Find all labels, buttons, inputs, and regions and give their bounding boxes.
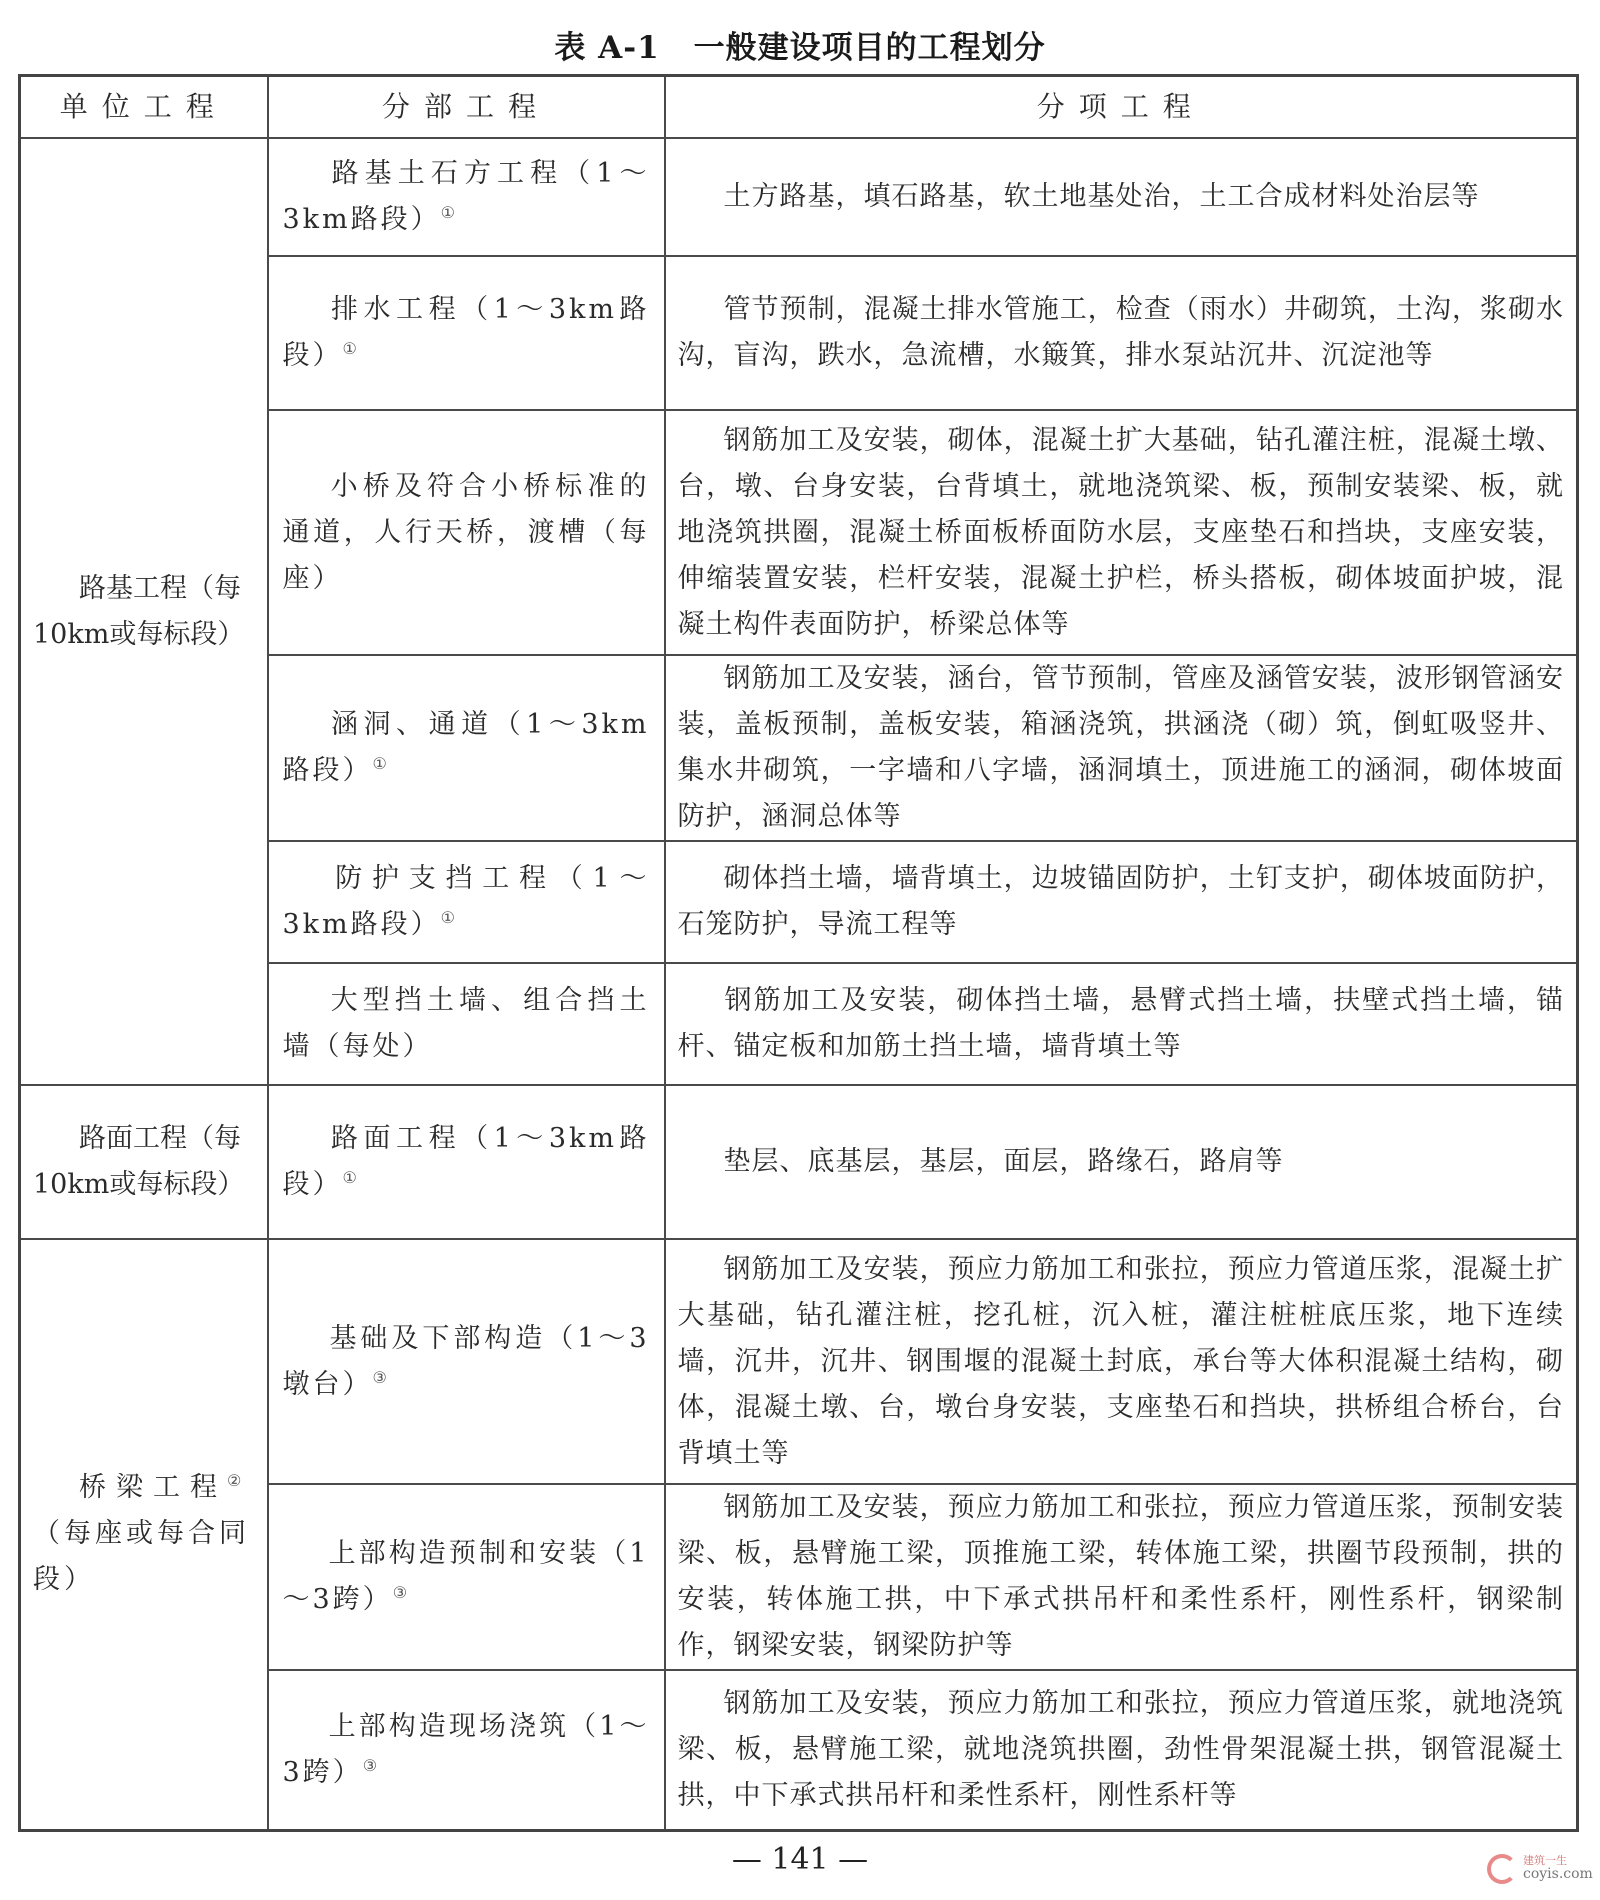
subitem-project-cell: 砌体挡土墙，墙背填土，边坡锚固防护，土钉支护，砌体坡面防护，石笼防护，导流工程等 [665,841,1578,963]
table-caption: 表 A-1一般建设项目的工程划分 [0,22,1600,67]
subitem-project-cell: 钢筋加工及安装，预应力筋加工和张拉，预应力管道压浆，预制安装梁、板，悬臂施工梁，… [665,1484,1578,1670]
subitem-project-cell: 垫层、底基层，基层，面层，路缘石，路肩等 [665,1085,1578,1239]
watermark: 建筑一生 coyis.com [1487,1852,1597,1892]
footnote-marker: ③ [363,1756,377,1775]
table-number: 表 A-1 [554,30,659,66]
subitem-project-cell: 钢筋加工及安装，预应力筋加工和张拉，预应力管道压浆，混凝土扩大基础，钻孔灌注桩，… [665,1239,1578,1484]
unit-project-cell: 桥梁工程②（每座或每合同段） [20,1239,268,1830]
table-row: 路基工程（每10km或每标段） 路基土石方工程（1～3km路段）① 土方路基，填… [20,138,1578,256]
division-project-cell: 上部构造现场浇筑（1～3跨）③ [268,1670,665,1830]
division-project-cell: 基础及下部构造（1～3墩台）③ [268,1239,665,1484]
division-project-cell: 防护支挡工程（1～3km路段）① [268,841,665,963]
subitem-project-cell: 钢筋加工及安装，涵台，管节预制，管座及涵管安装，波形钢管涵安装，盖板预制，盖板安… [665,655,1578,841]
header-unit-project: 单位工程 [20,76,268,139]
division-project-cell: 大型挡土墙、组合挡土墙（每处） [268,963,665,1085]
project-division-table: 单位工程 分部工程 分项工程 路基工程（每10km或每标段） 路基土石方工程（1… [18,74,1579,1832]
footnote-marker: ① [441,203,455,222]
table-title: 一般建设项目的工程划分 [694,30,1046,66]
footnote-marker: ① [441,908,455,927]
unit-project-cell: 路基工程（每10km或每标段） [20,138,268,1085]
division-project-cell: 路面工程（1～3km路段）① [268,1085,665,1239]
watermark-logo-icon [1487,1854,1517,1884]
unit-project-cell: 路面工程（每10km或每标段） [20,1085,268,1239]
footnote-marker: ① [373,754,387,773]
division-project-cell: 路基土石方工程（1～3km路段）① [268,138,665,256]
footnote-marker: ② [227,1471,241,1490]
footnote-marker: ③ [373,1368,387,1387]
subitem-project-cell: 钢筋加工及安装，砌体，混凝土扩大基础，钻孔灌注桩，混凝土墩、台，墩、台身安装，台… [665,410,1578,655]
subitem-project-cell: 土方路基，填石路基，软土地基处治，土工合成材料处治层等 [665,138,1578,256]
header-subitem-project: 分项工程 [665,76,1578,139]
subitem-project-cell: 钢筋加工及安装，预应力筋加工和张拉，预应力管道压浆，就地浇筑梁、板，悬臂施工梁，… [665,1670,1578,1830]
division-project-cell: 小桥及符合小桥标准的通道，人行天桥，渡槽（每座） [268,410,665,655]
footnote-marker: ③ [393,1583,407,1602]
division-project-cell: 涵洞、通道（1～3km路段）① [268,655,665,841]
table-header-row: 单位工程 分部工程 分项工程 [20,76,1578,139]
header-division-project: 分部工程 [268,76,665,139]
division-project-cell: 排水工程（1～3km路段）① [268,256,665,410]
footnote-marker: ① [343,1168,357,1187]
subitem-project-cell: 管节预制，混凝土排水管施工，检查（雨水）井砌筑，土沟，浆砌水沟，盲沟，跌水，急流… [665,256,1578,410]
watermark-url: coyis.com [1523,1866,1593,1882]
division-project-cell: 上部构造预制和安装（1～3跨）③ [268,1484,665,1670]
page-number: — 141 — [0,1842,1600,1877]
footnote-marker: ① [343,339,357,358]
table-row: 路面工程（每10km或每标段） 路面工程（1～3km路段）① 垫层、底基层，基层… [20,1085,1578,1239]
table-row: 桥梁工程②（每座或每合同段） 基础及下部构造（1～3墩台）③ 钢筋加工及安装，预… [20,1239,1578,1484]
subitem-project-cell: 钢筋加工及安装，砌体挡土墙，悬臂式挡土墙，扶壁式挡土墙，锚杆、锚定板和加筋土挡土… [665,963,1578,1085]
